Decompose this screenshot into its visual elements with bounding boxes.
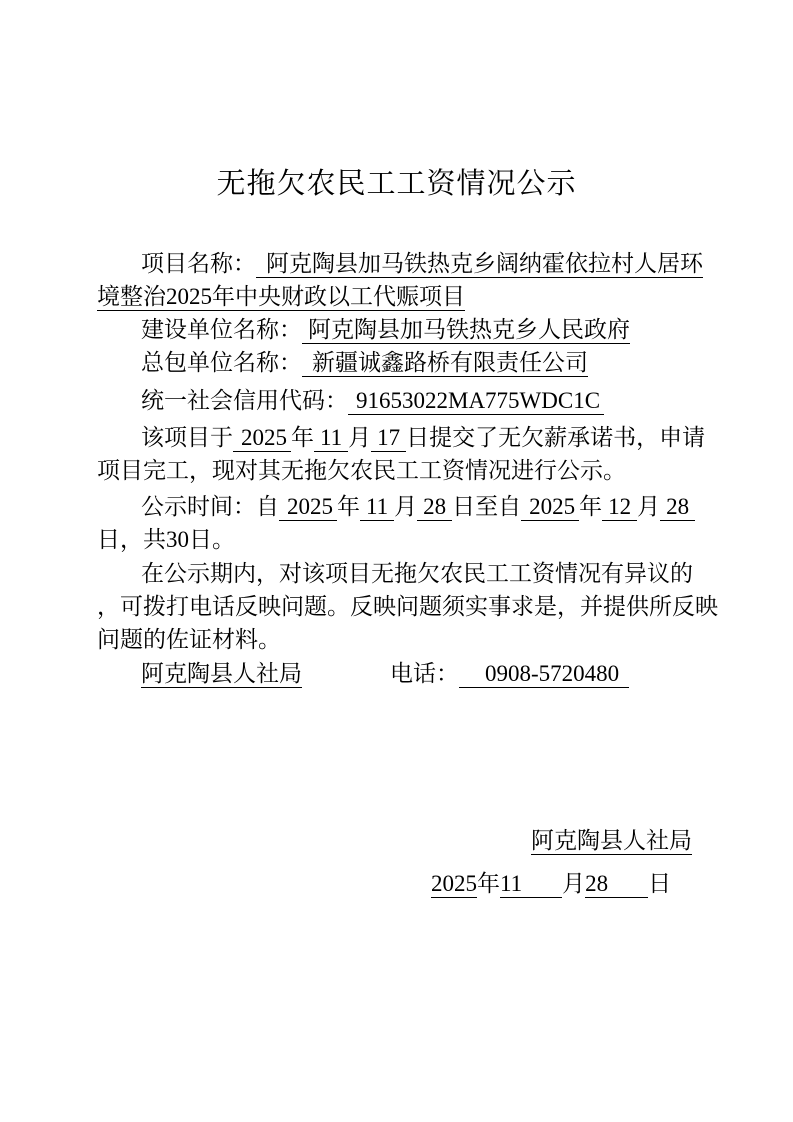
complaint-line-1: 在公示期内，对该项目无拖欠农民工工资情况有异议的 <box>97 557 704 590</box>
signature-office: 阿克陶县人社局 <box>531 828 692 855</box>
project-name-label: 项目名称： <box>141 251 256 276</box>
submission-month: 11 <box>314 425 348 452</box>
publicity-period-line-1: 公示时间：自2025年11月28日至自2025年12月28 <box>97 490 704 523</box>
year-glyph: 年 <box>477 871 500 896</box>
publicity-start-day: 28 <box>417 494 452 521</box>
publicity-end-day: 28 <box>660 494 695 521</box>
month-glyph: 月 <box>394 494 417 519</box>
signature-day: 28 <box>585 871 648 898</box>
field-project-name-continued: 境整治2025年中央财政以工代赈项目 <box>97 280 704 313</box>
signature-date-line: 2025年11月28日 <box>97 867 704 900</box>
submission-prefix: 该项目于 <box>141 425 233 450</box>
builder-name-value: 阿克陶县加马铁热克乡人民政府 <box>302 317 630 344</box>
signature-year: 2025 <box>431 871 477 898</box>
publicity-end-year: 2025 <box>521 494 579 521</box>
publicity-end-month: 12 <box>602 494 637 521</box>
year-glyph: 年 <box>579 494 602 519</box>
submission-line-2: 项目完工，现对其无拖欠农民工工资情况进行公示。 <box>97 454 704 487</box>
field-contractor-name: 总包单位名称：新疆诚鑫路桥有限责任公司 <box>97 346 704 379</box>
day-glyph: 日 <box>648 871 671 896</box>
year-glyph: 年 <box>337 494 360 519</box>
builder-name-label: 建设单位名称： <box>141 317 302 342</box>
signature-office-line: 阿克陶县人社局 <box>97 824 704 857</box>
notice-page: 无拖欠农民工工资情况公示 项目名称：阿克陶县加马铁热克乡阔纳霍依拉村人居环 境整… <box>0 0 793 1122</box>
complaint-line-2: ，可拨打电话反映问题。反映问题须实事求是，并提供所反映 <box>97 590 704 623</box>
signature-month: 11 <box>500 871 562 898</box>
publicity-period-line-2: 日，共30日。 <box>97 523 704 556</box>
credit-code-label: 统一社会信用代码： <box>141 388 348 413</box>
publicity-start-month: 11 <box>360 494 394 521</box>
field-builder-name: 建设单位名称：阿克陶县加马铁热克乡人民政府 <box>97 313 704 346</box>
phone-label: 电话： <box>390 661 459 686</box>
submission-year: 2025 <box>233 425 291 452</box>
contractor-name-label: 总包单位名称： <box>141 350 302 375</box>
month-glyph: 月 <box>562 871 585 896</box>
contact-line: 阿克陶县人社局电话：0908-5720480 <box>97 657 704 690</box>
field-credit-code: 统一社会信用代码：91653022MA775WDC1C <box>97 384 704 417</box>
field-project-name: 项目名称：阿克陶县加马铁热克乡阔纳霍依拉村人居环 <box>97 247 704 280</box>
month-glyph: 月 <box>348 425 371 450</box>
publicity-prefix: 公示时间：自 <box>141 494 279 519</box>
submission-line-1: 该项目于2025年11月17日提交了无欠薪承诺书，申请 <box>97 421 704 454</box>
publicity-start-year: 2025 <box>279 494 337 521</box>
complaint-line-3: 问题的佐证材料。 <box>97 623 704 656</box>
year-glyph: 年 <box>291 425 314 450</box>
phone-number: 0908-5720480 <box>459 661 629 688</box>
project-name-value-line1: 阿克陶县加马铁热克乡阔纳霍依拉村人居环 <box>256 251 703 278</box>
notice-title: 无拖欠农民工工资情况公示 <box>0 0 793 200</box>
publicity-mid: 日至自 <box>452 494 521 519</box>
submission-day: 17 <box>371 425 406 452</box>
credit-code-value: 91653022MA775WDC1C <box>348 388 604 415</box>
submission-suffix: 日提交了无欠薪承诺书，申请 <box>406 425 705 450</box>
notice-body: 项目名称：阿克陶县加马铁热克乡阔纳霍依拉村人居环 境整治2025年中央财政以工代… <box>0 247 793 900</box>
project-name-value-line2: 境整治2025年中央财政以工代赈项目 <box>97 284 465 311</box>
contractor-name-value: 新疆诚鑫路桥有限责任公司 <box>302 350 588 377</box>
contact-office: 阿克陶县人社局 <box>141 661 302 688</box>
month-glyph: 月 <box>637 494 660 519</box>
